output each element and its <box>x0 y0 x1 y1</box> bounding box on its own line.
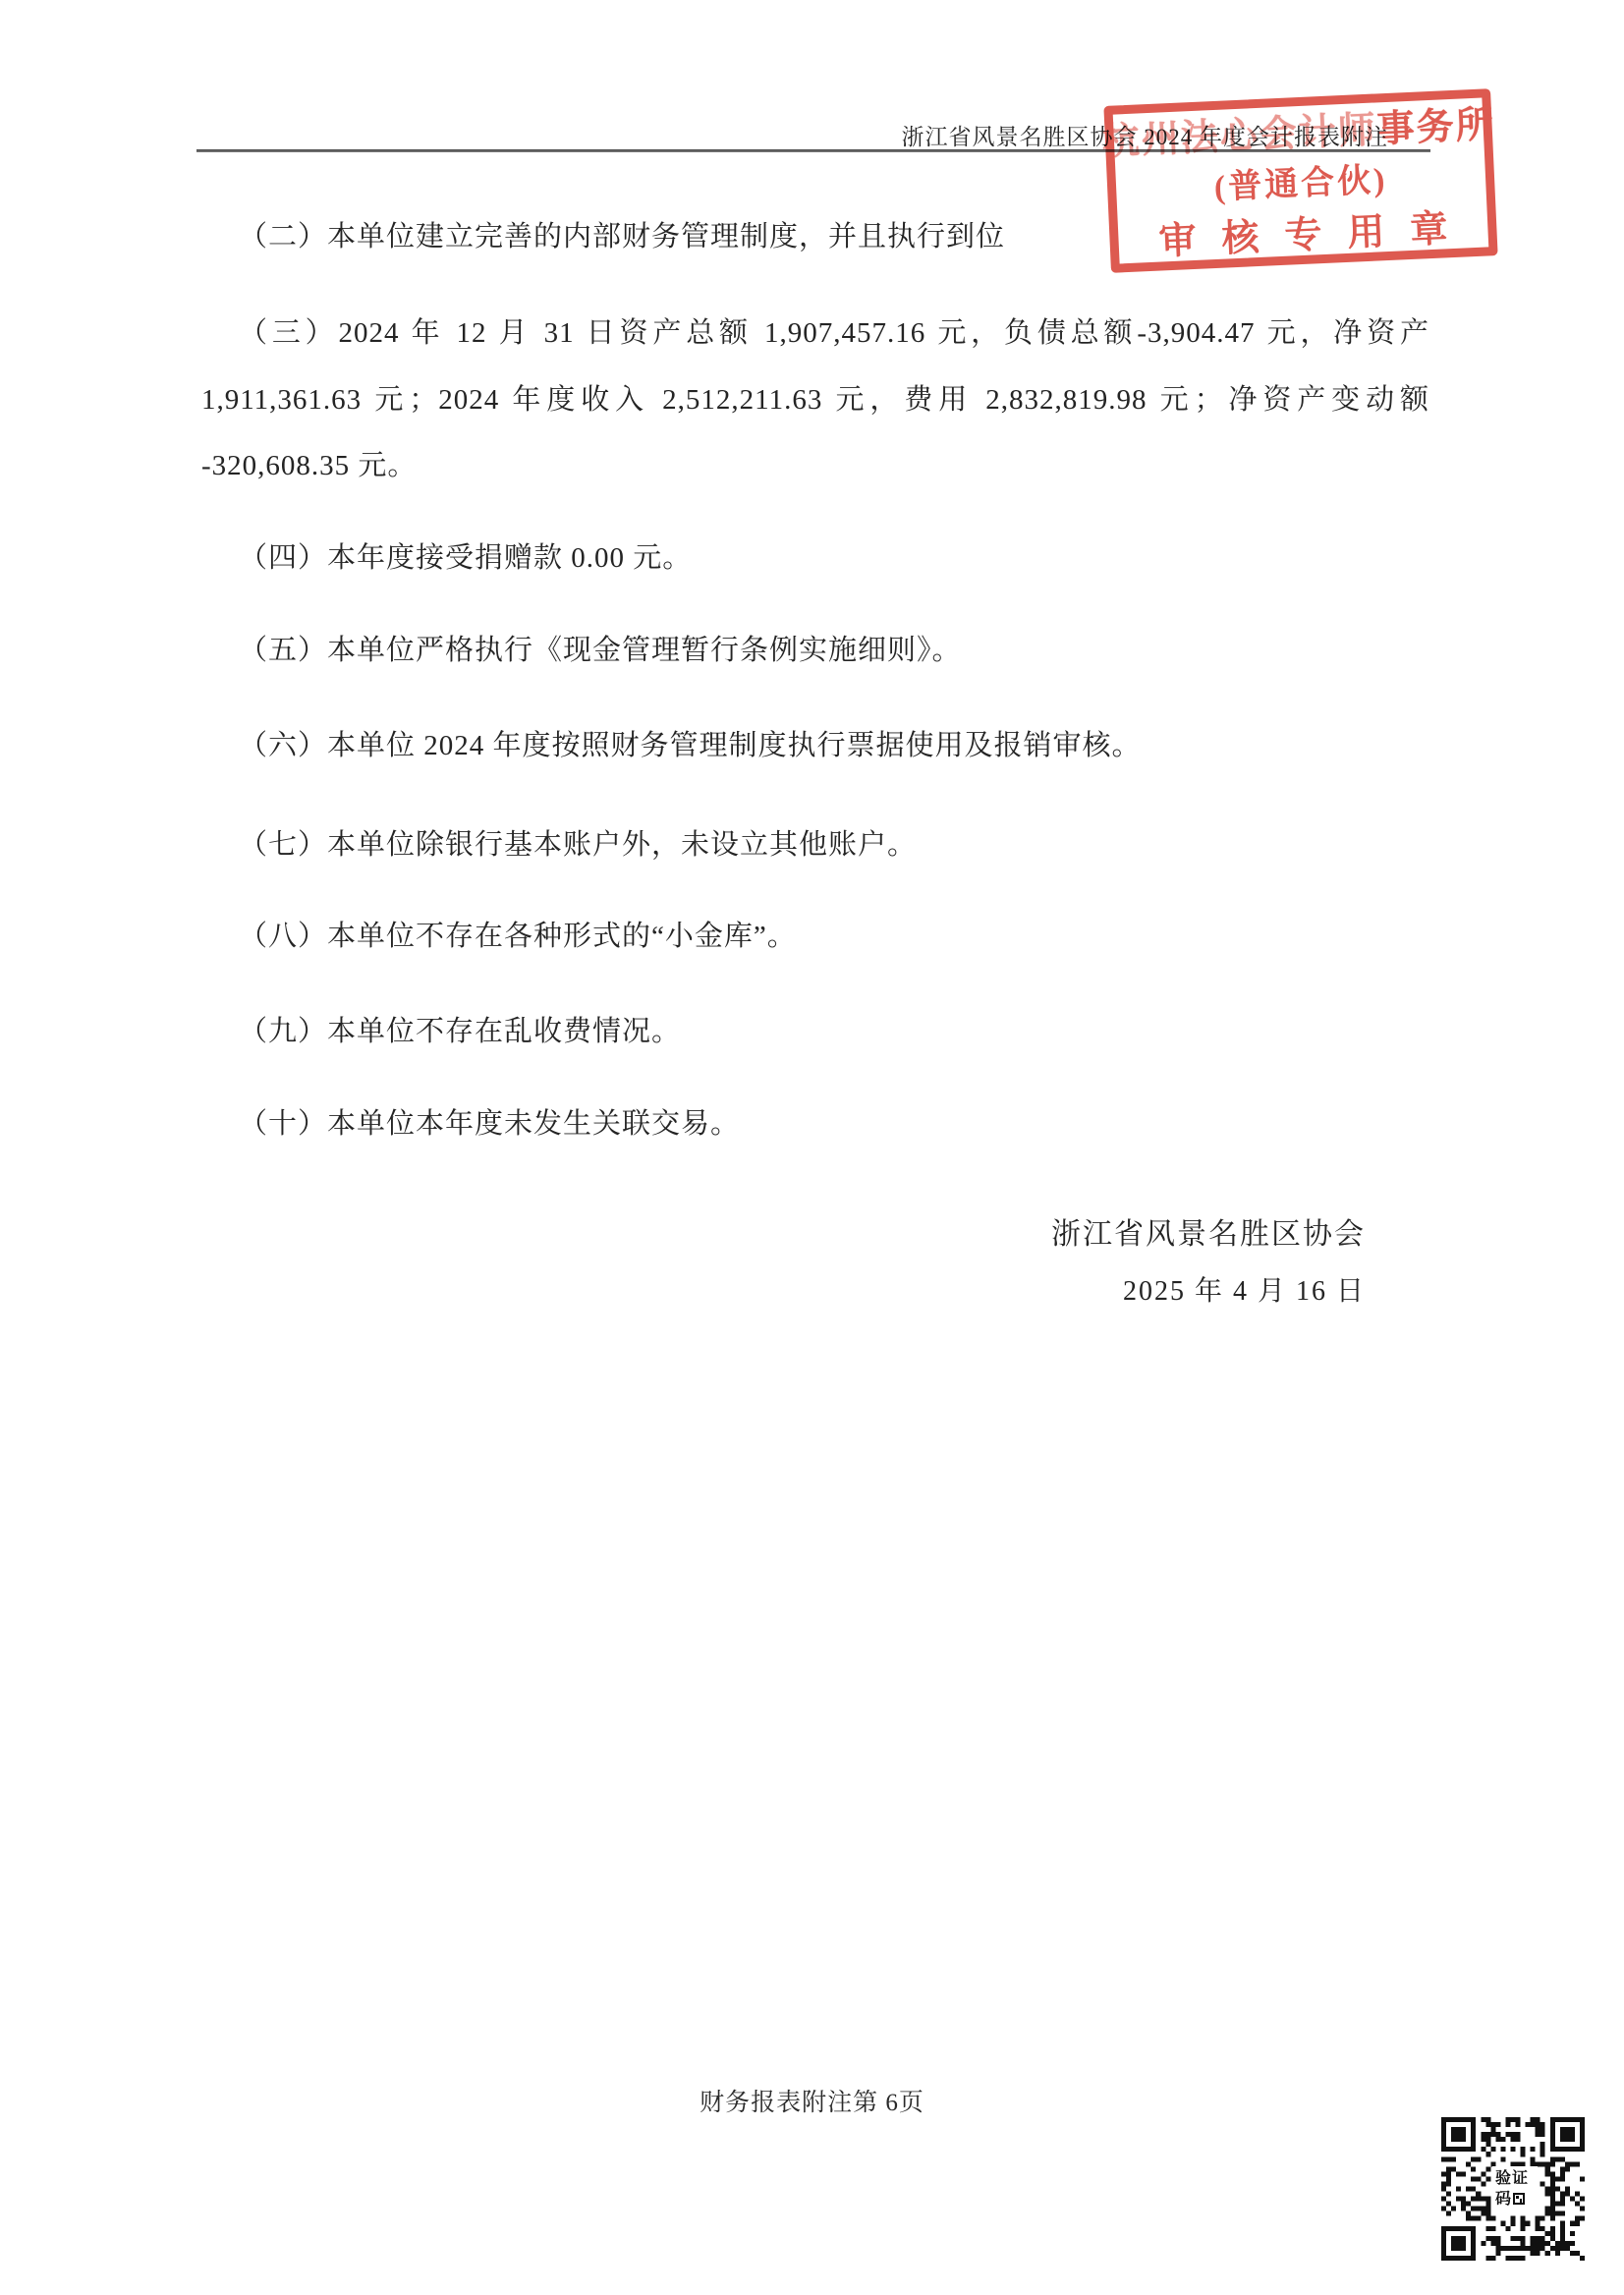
audit-stamp: 杭州法心会计师事务所 (普通合伙) 审核专用章 <box>1103 88 1497 273</box>
stamp-seal-purpose: 审核专用章 <box>1157 196 1474 264</box>
qr-mini-icon <box>1513 2193 1525 2205</box>
stamp-firm-name: 杭州法心会计师事务所 <box>1101 93 1496 165</box>
document-page: 浙江省风景名胜区协会 2024 年度会计报表附注 杭州法心会计师事务所 (普通合… <box>0 0 1624 2295</box>
qr-code: 验证码 <box>1441 2117 1585 2261</box>
paragraph-5: （五）本单位严格执行《现金管理暂行条例实施细则》。 <box>201 628 1429 668</box>
paragraph-3-line3: -320,608.35 元。 <box>201 443 1429 483</box>
paragraph-6: （六）本单位 2024 年度按照财务管理制度执行票据使用及报销审核。 <box>201 723 1429 763</box>
stamp-firm-name-right: 事务所 <box>1376 104 1496 150</box>
footer-page-label: 财务报表附注第 6页 <box>0 2083 1624 2118</box>
paragraph-7: （七）本单位除银行基本账户外，未设立其他账户。 <box>201 822 1429 863</box>
paragraph-10: （十）本单位本年度未发生关联交易。 <box>201 1101 1429 1142</box>
signature-date: 2025 年 4 月 16 日 <box>1123 1269 1366 1309</box>
paragraph-3-line1: （三）2024 年 12 月 31 日资产总额 1,907,457.16 元，负… <box>201 310 1429 351</box>
signature-organization: 浙江省风景名胜区协会 <box>1051 1209 1366 1253</box>
paragraph-3-line2: 1,911,361.63 元；2024 年度收入 2,512,211.63 元，… <box>201 377 1429 418</box>
qr-code-label: 验证码 <box>1492 2166 1538 2213</box>
paragraph-8: （八）本单位不存在各种形式的“小金库”。 <box>201 914 1429 954</box>
stamp-partnership-type: (普通合伙) <box>1213 152 1389 208</box>
paragraph-4: （四）本年度接受捐赠款 0.00 元。 <box>201 535 1429 576</box>
paragraph-9: （九）本单位不存在乱收费情况。 <box>201 1009 1429 1049</box>
